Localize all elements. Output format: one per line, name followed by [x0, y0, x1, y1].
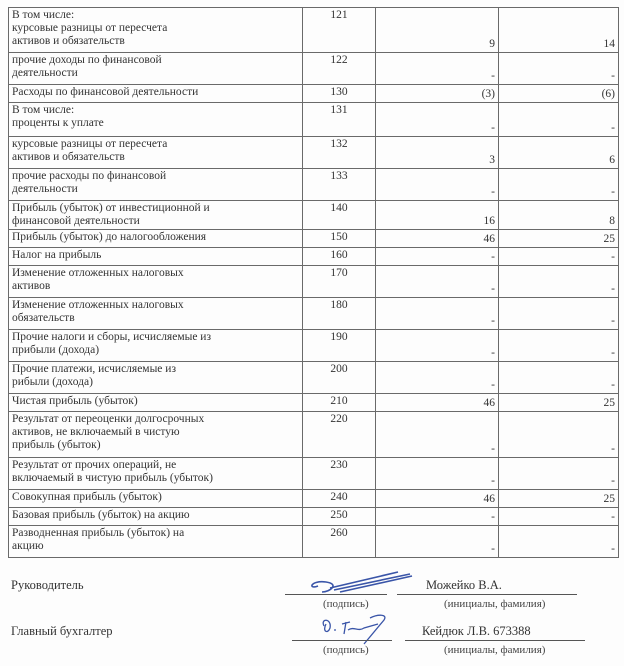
row-label: В том числе:проценты к уплате — [9, 103, 303, 137]
previous-period-value: - — [499, 169, 619, 201]
table-row: Изменение отложенных налоговыхактивов170… — [9, 266, 619, 298]
previous-period-value: 25 — [499, 230, 619, 248]
row-code: 180 — [303, 298, 376, 330]
row-label-line: Базовая прибыль (убыток) на акцию — [12, 509, 299, 522]
row-label-line: деятельности — [12, 183, 299, 196]
previous-period-value: - — [499, 526, 619, 558]
row-label-line: включаемый в чистую прибыль (убыток) — [12, 472, 299, 485]
previous-period-value: - — [499, 330, 619, 362]
current-period-value: - — [376, 412, 499, 458]
row-label: Изменение отложенных налоговыхобязательс… — [9, 298, 303, 330]
current-period-value: 9 — [376, 8, 499, 53]
row-label-line: прибыль (убыток) — [12, 439, 299, 452]
row-label-line: Прибыль (убыток) от инвестиционной и — [12, 202, 299, 215]
table-row: Налог на прибыль160-- — [9, 248, 619, 266]
current-period-value: - — [376, 103, 499, 137]
row-label-line: Результат от прочих операций, не — [12, 459, 299, 472]
current-period-value: - — [376, 53, 499, 85]
row-code: 220 — [303, 412, 376, 458]
director-name-line — [397, 594, 577, 595]
director-signature-caption: (подпись) — [323, 598, 369, 610]
table-row: Результат от переоценки долгосрочныхакти… — [9, 412, 619, 458]
row-label: Совокупная прибыль (убыток) — [9, 490, 303, 508]
previous-period-value: - — [499, 103, 619, 137]
current-period-value: - — [376, 458, 499, 490]
chief-accountant-role-label: Главный бухгалтер — [11, 624, 113, 639]
table-row: прочие расходы по финансовойдеятельности… — [9, 169, 619, 201]
row-label-line: обязательств — [12, 312, 299, 325]
row-label: курсовые разницы от пересчетаактивов и о… — [9, 137, 303, 169]
previous-period-value: (6) — [499, 85, 619, 103]
row-code: 132 — [303, 137, 376, 169]
row-code: 240 — [303, 490, 376, 508]
director-name: Можейко В.А. — [426, 578, 502, 593]
table-row: Чистая прибыль (убыток)2104625 — [9, 394, 619, 412]
row-label: Расходы по финансовой деятельности — [9, 85, 303, 103]
current-period-value: - — [376, 508, 499, 526]
table-row: Совокупная прибыль (убыток)2404625 — [9, 490, 619, 508]
row-label-line: Налог на прибыль — [12, 249, 299, 262]
table-row: В том числе:проценты к уплате131-- — [9, 103, 619, 137]
previous-period-value: - — [499, 298, 619, 330]
row-label-line: Прибыль (убыток) до налогообложения — [12, 231, 299, 244]
row-label-line: активов, не включаемый в чистую — [12, 426, 299, 439]
current-period-value: 3 — [376, 137, 499, 169]
current-period-value: - — [376, 298, 499, 330]
row-label: прочие доходы по финансовойдеятельности — [9, 53, 303, 85]
row-label: Разводненная прибыль (убыток) наакцию — [9, 526, 303, 558]
row-label: Результат от переоценки долгосрочныхакти… — [9, 412, 303, 458]
row-label-line: прибыли (дохода) — [12, 344, 299, 357]
current-period-value: 46 — [376, 490, 499, 508]
row-label-line: финансовой деятельности — [12, 215, 299, 228]
row-code: 190 — [303, 330, 376, 362]
row-label-line: Чистая прибыль (убыток) — [12, 395, 299, 408]
table-row: Базовая прибыль (убыток) на акцию250-- — [9, 508, 619, 526]
row-code: 260 — [303, 526, 376, 558]
row-label-line: Расходы по финансовой деятельности — [12, 86, 299, 99]
row-code: 122 — [303, 53, 376, 85]
previous-period-value: - — [499, 53, 619, 85]
current-period-value: - — [376, 330, 499, 362]
row-label-line: курсовые разницы от пересчета — [12, 138, 299, 151]
row-code: 140 — [303, 201, 376, 230]
row-label-line: В том числе: — [12, 104, 299, 117]
chief-accountant-name-line — [405, 640, 585, 641]
previous-period-value: - — [499, 362, 619, 394]
current-period-value: 16 — [376, 201, 499, 230]
previous-period-value: - — [499, 248, 619, 266]
row-label-line: Прочие налоги и сборы, исчисляемые из — [12, 331, 299, 344]
previous-period-value: - — [499, 412, 619, 458]
document-page: В том числе:курсовые разницы от пересчет… — [0, 0, 624, 666]
current-period-value: - — [376, 248, 499, 266]
row-label-line: акцию — [12, 540, 299, 553]
row-label-line: прочие доходы по финансовой — [12, 54, 299, 67]
table-row: Прибыль (убыток) до налогообложения15046… — [9, 230, 619, 248]
row-label: Изменение отложенных налоговыхактивов — [9, 266, 303, 298]
row-code: 133 — [303, 169, 376, 201]
row-code: 230 — [303, 458, 376, 490]
table-row: Изменение отложенных налоговыхобязательс… — [9, 298, 619, 330]
chief-accountant-name-caption: (инициалы, фамилия) — [444, 644, 545, 656]
previous-period-value: - — [499, 266, 619, 298]
current-period-value: (3) — [376, 85, 499, 103]
previous-period-value: 25 — [499, 394, 619, 412]
table-row: Результат от прочих операций, невключаем… — [9, 458, 619, 490]
row-label-line: активов и обязательств — [12, 151, 299, 164]
financial-report-table: В том числе:курсовые разницы от пересчет… — [8, 7, 619, 558]
current-period-value: - — [376, 526, 499, 558]
table-row: Прочие платежи, исчисляемые изрибыли (до… — [9, 362, 619, 394]
row-code: 150 — [303, 230, 376, 248]
director-signature-icon — [300, 566, 420, 596]
director-signature-line — [285, 594, 387, 595]
row-code: 131 — [303, 103, 376, 137]
row-label-line: Прочие платежи, исчисляемые из — [12, 363, 299, 376]
chief-accountant-signature-line — [292, 640, 392, 641]
row-label: В том числе:курсовые разницы от пересчет… — [9, 8, 303, 53]
row-code: 210 — [303, 394, 376, 412]
table-row: Прочие налоги и сборы, исчисляемые изпри… — [9, 330, 619, 362]
director-name-caption: (инициалы, фамилия) — [444, 598, 545, 610]
row-label: Прочие платежи, исчисляемые изрибыли (до… — [9, 362, 303, 394]
row-label-line: В том числе: — [12, 9, 299, 22]
table-row: Разводненная прибыль (убыток) наакцию260… — [9, 526, 619, 558]
row-label: Прочие налоги и сборы, исчисляемые изпри… — [9, 330, 303, 362]
previous-period-value: - — [499, 508, 619, 526]
row-label-line: проценты к уплате — [12, 117, 299, 130]
row-label: Прибыль (убыток) до налогообложения — [9, 230, 303, 248]
current-period-value: - — [376, 362, 499, 394]
row-label: Базовая прибыль (убыток) на акцию — [9, 508, 303, 526]
row-label-line: активов — [12, 280, 299, 293]
previous-period-value: 8 — [499, 201, 619, 230]
row-label-line: Изменение отложенных налоговых — [12, 267, 299, 280]
row-label: прочие расходы по финансовойдеятельности — [9, 169, 303, 201]
row-label: Прибыль (убыток) от инвестиционной ифина… — [9, 201, 303, 230]
table-row: прочие доходы по финансовойдеятельности1… — [9, 53, 619, 85]
row-code: 121 — [303, 8, 376, 53]
table-row: В том числе:курсовые разницы от пересчет… — [9, 8, 619, 53]
row-label-line: курсовые разницы от пересчета — [12, 22, 299, 35]
row-code: 160 — [303, 248, 376, 266]
director-role-label: Руководитель — [11, 578, 84, 593]
previous-period-value: 14 — [499, 8, 619, 53]
current-period-value: - — [376, 169, 499, 201]
current-period-value: - — [376, 266, 499, 298]
row-label: Налог на прибыль — [9, 248, 303, 266]
row-label-line: Разводненная прибыль (убыток) на — [12, 527, 299, 540]
row-code: 170 — [303, 266, 376, 298]
row-label-line: активов и обязательств — [12, 35, 299, 48]
previous-period-value: 6 — [499, 137, 619, 169]
previous-period-value: 25 — [499, 490, 619, 508]
row-code: 200 — [303, 362, 376, 394]
table-row: Расходы по финансовой деятельности130(3)… — [9, 85, 619, 103]
row-label-line: Совокупная прибыль (убыток) — [12, 491, 299, 504]
table-row: курсовые разницы от пересчетаактивов и о… — [9, 137, 619, 169]
chief-accountant-name: Кейдюк Л.В. 673388 — [422, 624, 531, 639]
current-period-value: 46 — [376, 230, 499, 248]
row-code: 130 — [303, 85, 376, 103]
chief-accountant-signature-caption: (подпись) — [323, 644, 369, 656]
row-label: Результат от прочих операций, невключаем… — [9, 458, 303, 490]
current-period-value: 46 — [376, 394, 499, 412]
row-label: Чистая прибыль (убыток) — [9, 394, 303, 412]
row-label-line: прочие расходы по финансовой — [12, 170, 299, 183]
row-code: 250 — [303, 508, 376, 526]
row-label-line: Изменение отложенных налоговых — [12, 299, 299, 312]
row-label-line: деятельности — [12, 67, 299, 80]
row-label-line: Результат от переоценки долгосрочных — [12, 413, 299, 426]
row-label-line: рибыли (дохода) — [12, 376, 299, 389]
table-row: Прибыль (убыток) от инвестиционной ифина… — [9, 201, 619, 230]
previous-period-value: - — [499, 458, 619, 490]
